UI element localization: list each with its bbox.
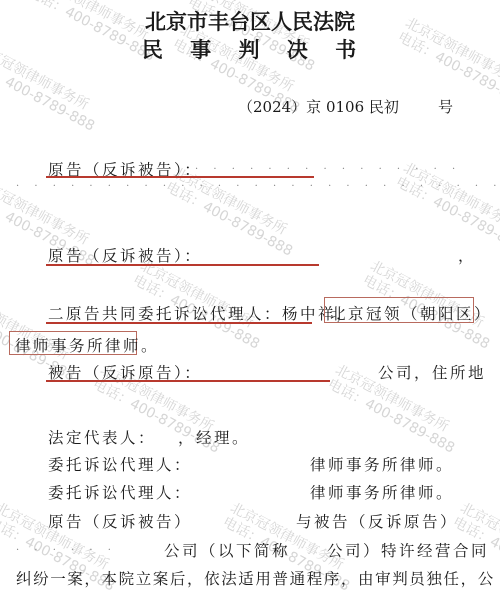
case-number-suffix: 号 [438,96,453,117]
body-line-3: 纠纷一案，本院立案后，依法适用普通程序，由审判员独任，公 [16,567,495,589]
agent-1-label: 委托诉讼代理人： [48,453,192,475]
document-content: 北京市丰台区人民法院 民 事 判 决 书 （2024）京 0106 民初 号 原… [0,0,500,591]
case-number-text: （2024）京 0106 民初 [238,98,399,116]
plaintiff-2-comma: ， [458,244,476,266]
redacted-text: · · · · · · [16,545,117,556]
redacted-text: · · · · · · · · · · · · · · · · · · · · … [16,181,500,192]
body-line-1-right: 与被告（反诉原告） [296,510,458,532]
joint-agent-firm-part1: 北京冠领（朝阳区） [330,302,492,324]
judgment-document-page: 北京冠领律师事务所电话：400-8789-888 北京冠领律师事务所电话：400… [0,0,500,591]
redacted-text: · · · · · · · · · · · · · · · [195,164,461,175]
joint-agent-firm-part2: 律师事务所律师。 [15,334,159,356]
body-line-2-right: 公司）特许经营合同 [327,539,489,561]
plaintiff-2-label: 原告（反诉被告）： [48,244,202,266]
body-line-2-mid: 公司（以下简称 [164,539,290,561]
agent-2-label: 委托诉讼代理人： [48,481,192,503]
agent-1-trailing: 律师事务所律师。 [310,453,454,475]
defendant-trailing: 公司，住所地 [378,361,486,383]
highlight-underline [46,264,319,266]
joint-agent-text: 二原告共同委托诉讼代理人：杨中祥， [48,302,354,324]
court-name: 北京市丰台区人民法院 [0,6,500,36]
case-number: （2024）京 0106 民初 号 [238,96,399,117]
body-line-1-left: 原告（反诉被告） [48,510,192,532]
legal-rep-trailing: ，经理。 [178,426,250,448]
highlight-underline [46,176,314,178]
agent-2-trailing: 律师事务所律师。 [310,481,454,503]
legal-rep-label: 法定代表人： [48,426,156,448]
document-type: 民 事 判 决 书 [0,34,500,64]
highlight-underline [46,380,330,382]
highlight-underline [46,322,312,324]
